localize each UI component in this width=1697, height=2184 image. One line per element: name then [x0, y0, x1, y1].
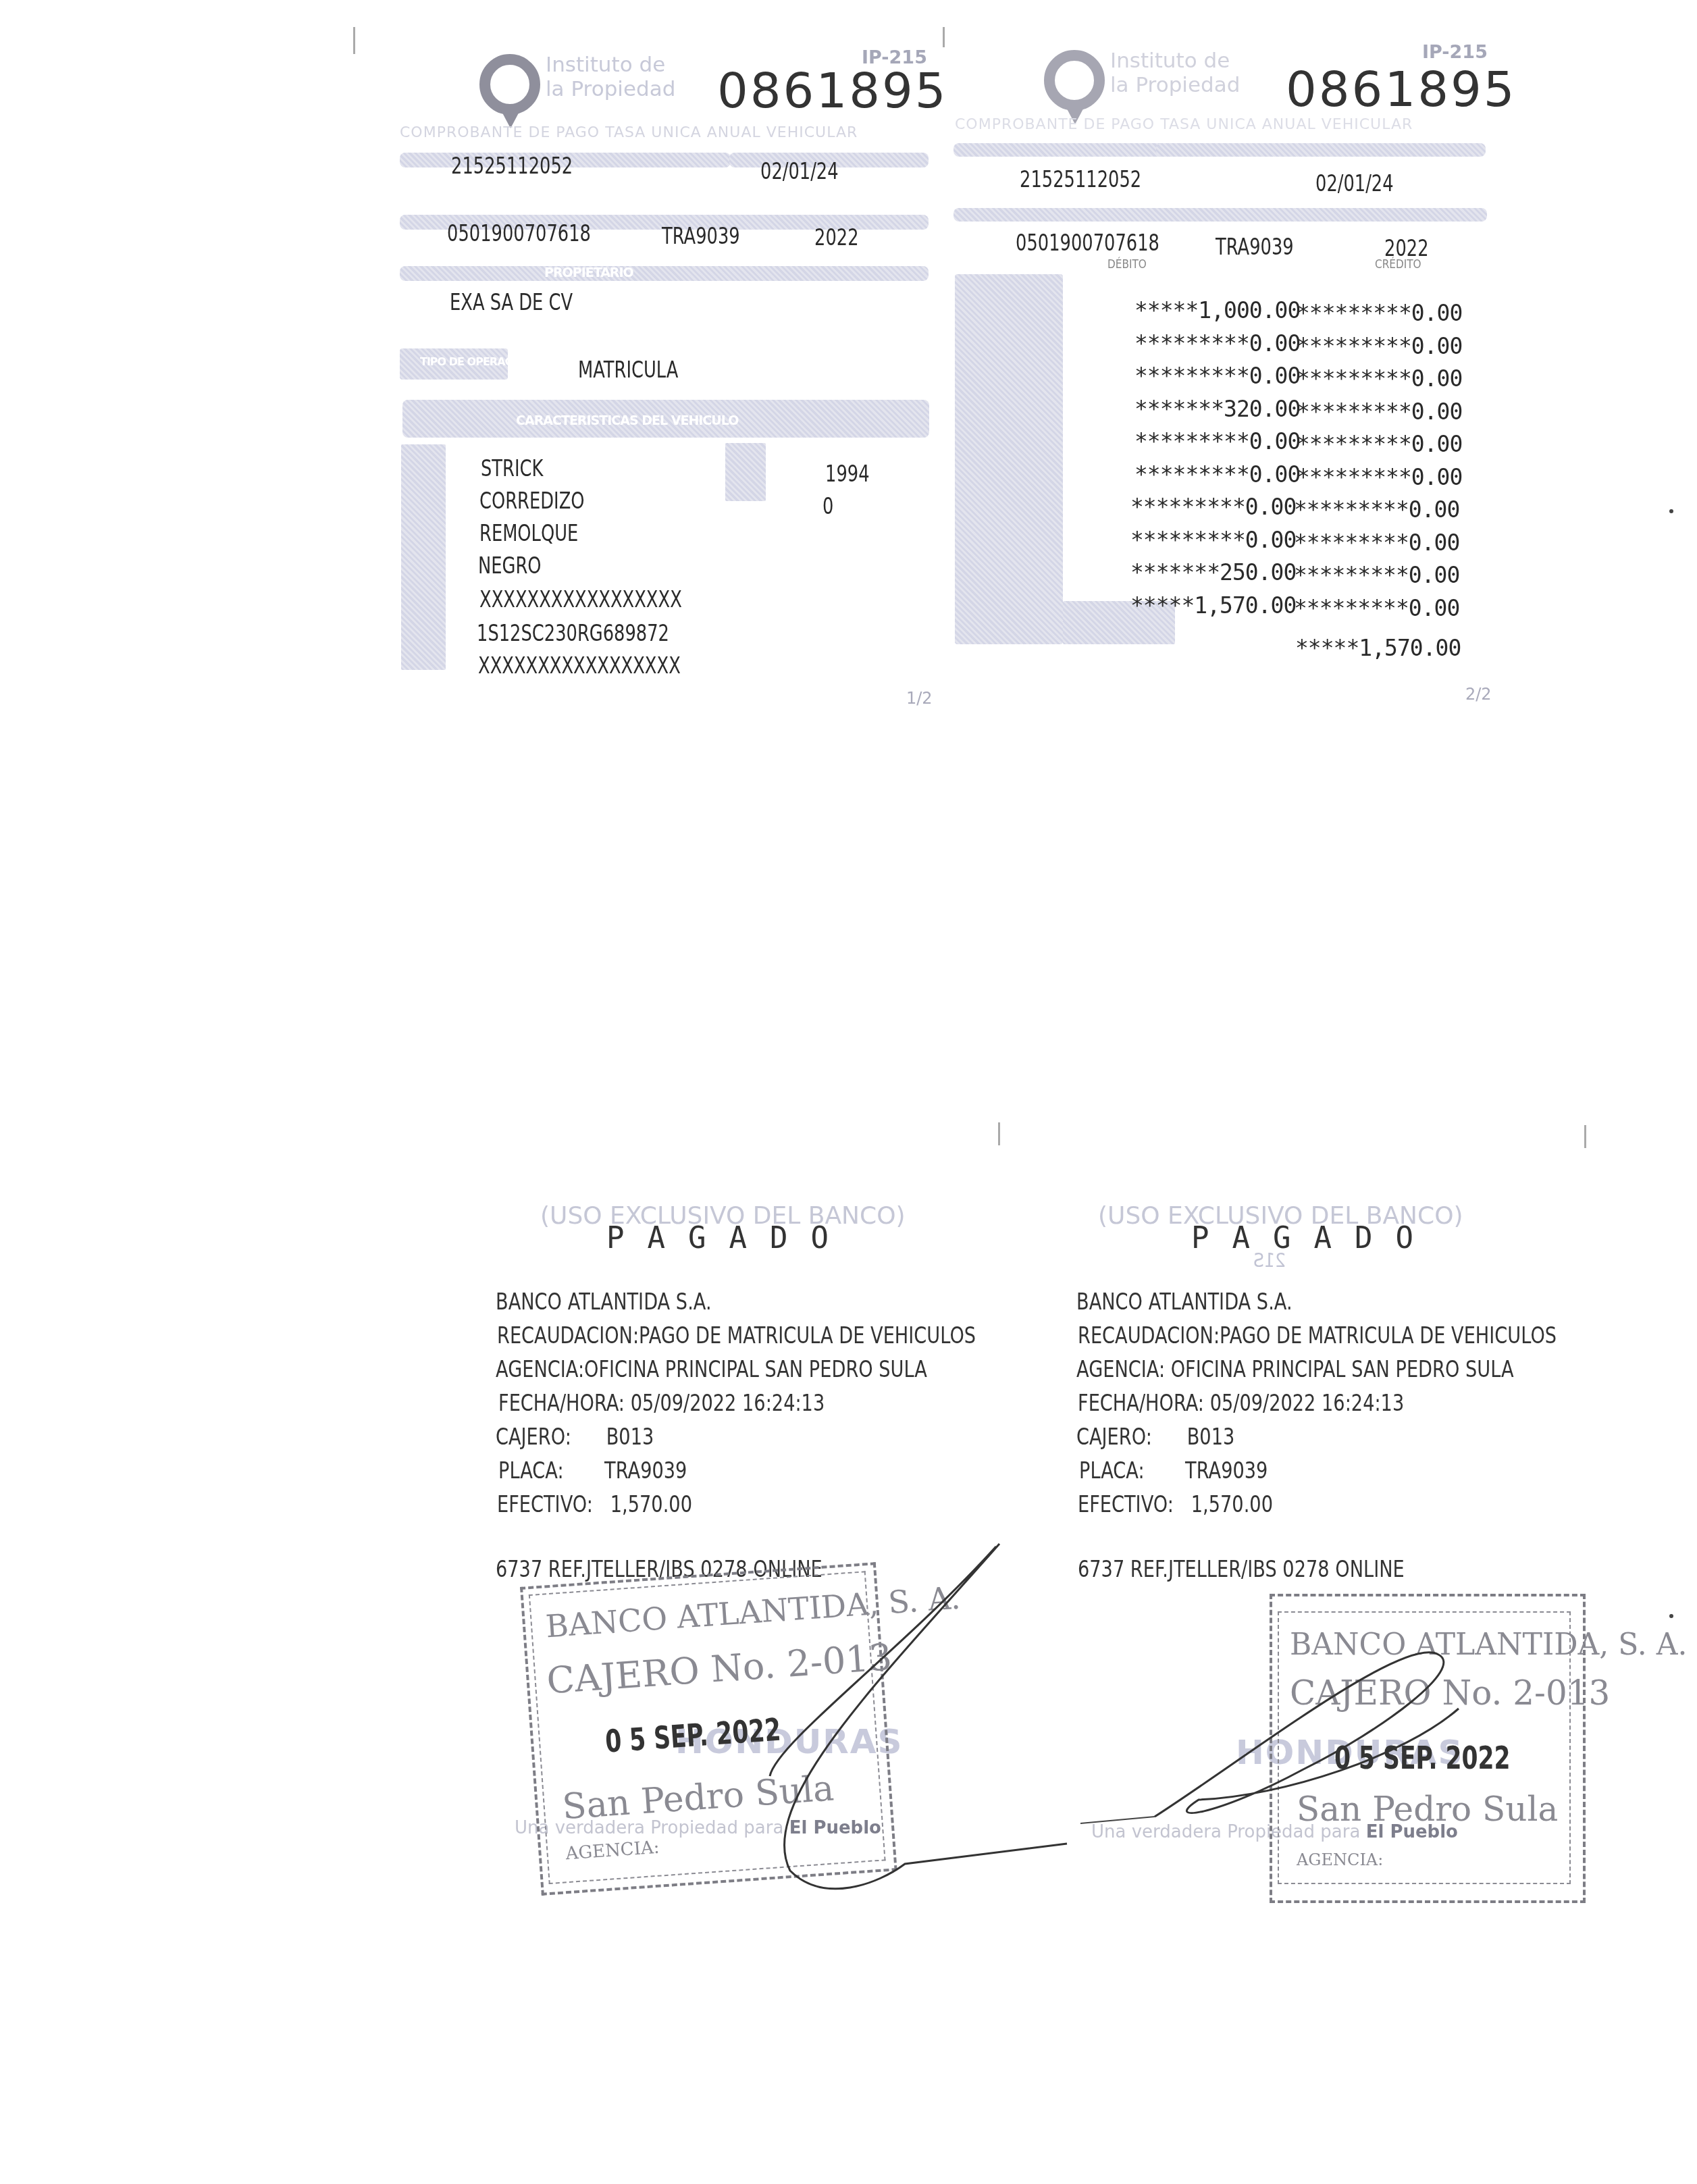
plate: TRA9039 [662, 223, 740, 249]
credit-amount: *********0.00 [1297, 333, 1462, 359]
serial-number: 0861895 [1286, 61, 1517, 118]
agency-line: AGENCIA: OFICINA PRINCIPAL SAN PEDRO SUL… [1076, 1356, 1514, 1383]
scan-speck [1669, 1614, 1673, 1618]
scan-speck [1669, 509, 1673, 513]
cashier-line: CAJERO: B013 [496, 1424, 654, 1451]
credit-header: CRÉDITO [1375, 258, 1421, 271]
credit-amount: *********0.00 [1294, 529, 1459, 556]
credit-amount: *********0.00 [1297, 431, 1462, 457]
debit-amount: *********0.00 [1134, 428, 1300, 454]
bank-name: BANCO ATLANTIDA S.A. [1076, 1289, 1293, 1316]
model-year: 1994 [825, 461, 870, 487]
logo-text: Instituto de la Propiedad [546, 53, 675, 101]
credit-amount: *********0.00 [1294, 562, 1459, 588]
vehicle-class: REMOLQUE [479, 520, 578, 546]
credit-amount: *********0.00 [1297, 300, 1462, 326]
debit-amount: *********0.00 [1130, 494, 1296, 520]
credit-amount: *********0.00 [1294, 595, 1459, 621]
id-number: 0501900707618 [1016, 230, 1159, 256]
form-subtitle: COMPROBANTE DE PAGO TASA UNICA ANUAL VEH… [955, 116, 1413, 133]
credit-amount: *********0.00 [1297, 464, 1462, 490]
credit-amount: *********0.00 [1294, 496, 1459, 523]
paid-status: PAGADO [606, 1221, 852, 1255]
form-subtitle: COMPROBANTE DE PAGO TASA UNICA ANUAL VEH… [400, 124, 858, 141]
serial-number: 0861895 [717, 62, 948, 119]
debit-amount: *********0.00 [1134, 363, 1300, 389]
collection-line: RECAUDACION:PAGO DE MATRICULA DE VEHICUL… [497, 1322, 976, 1349]
credit-amount: *********0.00 [1297, 365, 1462, 392]
cash-line: EFECTIVO: 1,570.00 [1078, 1491, 1273, 1518]
extra-value: 0 [823, 493, 833, 519]
issue-date: 02/01/24 [1315, 170, 1394, 197]
vehicle-type: CORREDIZO [479, 488, 585, 514]
vehicle-section-label: CARACTERISTICAS DEL VEHICULO [516, 413, 738, 428]
debit-amount: *********0.00 [1134, 330, 1300, 357]
year: 2022 [814, 224, 859, 251]
vehicle-make: STRICK [481, 455, 543, 482]
debit-amount: *********0.00 [1130, 527, 1296, 553]
owner-label: PROPIETARIO [544, 265, 633, 280]
debit-amount: *****1,000.00 [1134, 297, 1300, 323]
paid-status: PAGADO [1191, 1221, 1436, 1255]
operation-label: TIPO DE OPERACIÓN [420, 355, 532, 368]
signature-scribble [473, 1519, 1080, 1898]
reference-number: 21525112052 [451, 153, 573, 179]
vehicle-vin: 1S12SC230RG689872 [477, 620, 669, 646]
bank-name: BANCO ATLANTIDA S.A. [496, 1289, 712, 1316]
scan-mark [1584, 1125, 1586, 1148]
scan-mark [998, 1122, 1000, 1145]
debit-amount: *******250.00 [1130, 559, 1296, 586]
plate-line: PLACA: TRA9039 [498, 1457, 687, 1484]
credit-amount: *********0.00 [1297, 398, 1462, 425]
total-amount: *****1,570.00 [1295, 635, 1461, 661]
collection-line: RECAUDACION:PAGO DE MATRICULA DE VEHICUL… [1078, 1322, 1557, 1349]
debit-header: DÉBITO [1107, 258, 1147, 271]
datetime-line: FECHA/HORA: 05/09/2022 16:24:13 [498, 1390, 825, 1417]
page-number: 2/2 [1465, 685, 1492, 704]
operation-type: MATRICULA [578, 357, 678, 383]
debit-amount: *****1,570.00 [1130, 592, 1296, 619]
debit-amount: *******320.00 [1134, 396, 1300, 422]
debit-amount: *********0.00 [1134, 461, 1300, 488]
cash-line: EFECTIVO: 1,570.00 [497, 1491, 692, 1518]
scan-mark [943, 27, 945, 47]
scan-mark [353, 27, 355, 54]
reference-number: 21525112052 [1020, 166, 1141, 192]
id-number: 0501900707618 [447, 220, 591, 246]
datetime-line: FECHA/HORA: 05/09/2022 16:24:13 [1078, 1390, 1404, 1417]
logo-text: Instituto de la Propiedad [1110, 49, 1240, 97]
plate: TRA9039 [1216, 234, 1294, 260]
page-number: 1/2 [906, 689, 933, 708]
vehicle-motor: XXXXXXXXXXXXXXXXX [479, 586, 682, 613]
agency-line: AGENCIA:OFICINA PRINCIPAL SAN PEDRO SULA [496, 1356, 927, 1383]
cashier-line: CAJERO: B013 [1076, 1424, 1234, 1451]
plate-line: PLACA: TRA9039 [1079, 1457, 1268, 1484]
signature-scribble [1080, 1553, 1621, 1931]
owner-name: EXA SA DE CV [450, 289, 573, 315]
vehicle-chassis: XXXXXXXXXXXXXXXXX [478, 652, 681, 679]
form-code: IP-215 [1422, 42, 1488, 63]
bleed-through-text: 21S [1253, 1249, 1286, 1272]
vehicle-color: NEGRO [478, 552, 542, 579]
issue-date: 02/01/24 [760, 158, 839, 184]
